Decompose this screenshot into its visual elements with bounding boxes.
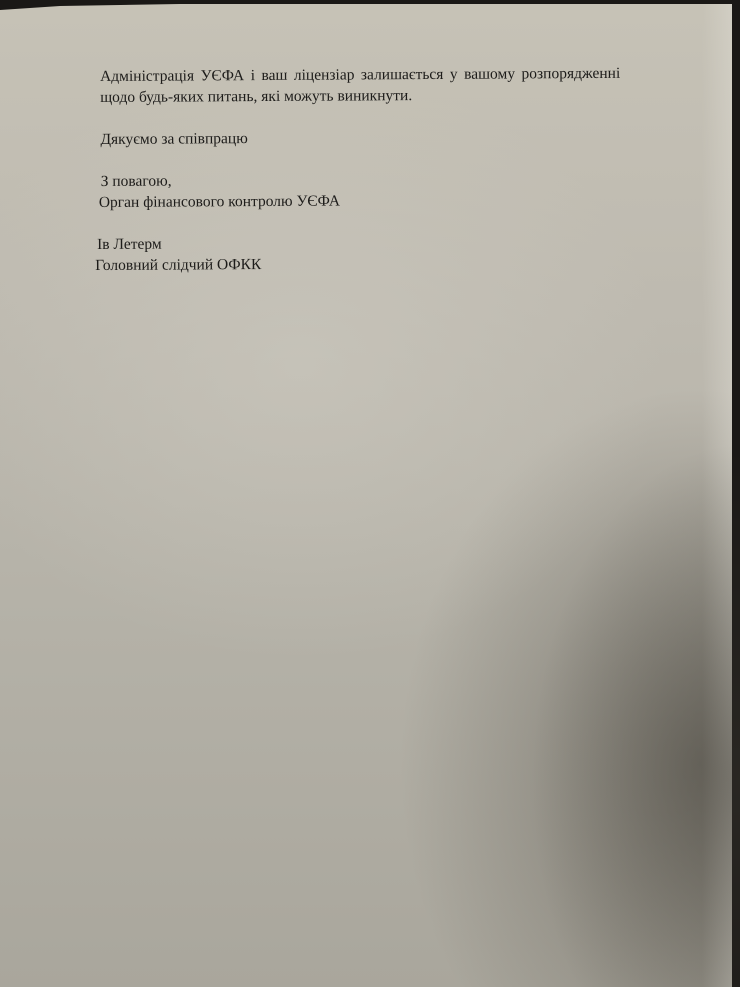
letter-body: Адміністрація УЄФА і ваш ліцензіар залиш… xyxy=(100,62,721,276)
signature-block: Ів Летерм Головний слідчий ОФКК xyxy=(101,230,721,276)
paragraph-line: щодо будь-яких питань, які можуть виникн… xyxy=(100,83,720,108)
signatory-title: Головний слідчий ОФКК xyxy=(95,251,721,276)
thanks-block: Дякуємо за співпрацю xyxy=(100,125,720,150)
document-photo: Адміністрація УЄФА і ваш ліцензіар залиш… xyxy=(0,0,740,987)
organization-line: Орган фінансового контролю УЄФА xyxy=(99,188,721,213)
closing-paragraph: Адміністрація УЄФА і ваш ліцензіар залиш… xyxy=(100,62,720,108)
thanks-line: Дякуємо за співпрацю xyxy=(100,125,720,150)
regards-block: З повагою, Орган фінансового контролю УЄ… xyxy=(101,167,721,213)
